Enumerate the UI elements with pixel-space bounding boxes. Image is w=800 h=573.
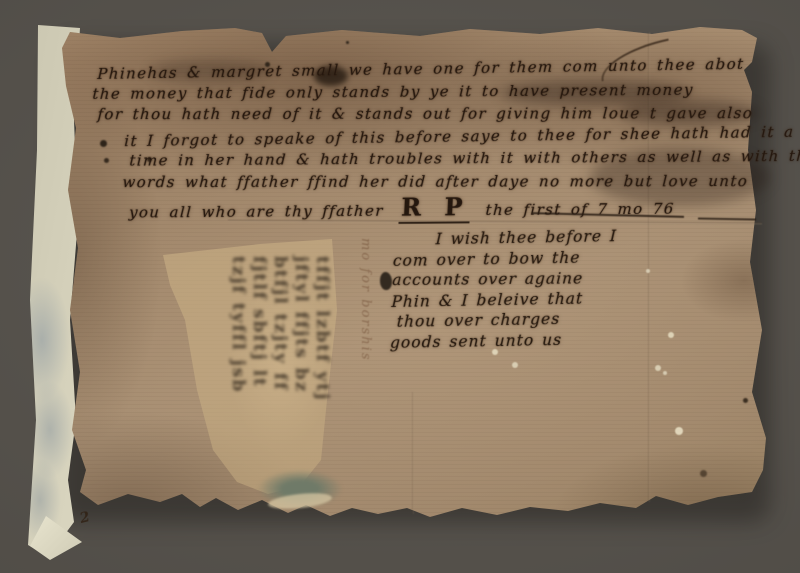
letter-line: words what ffather ffind her did after d… <box>122 169 767 193</box>
bleedthrough-line: tzjf tyffl jsb <box>227 256 248 468</box>
bleedthrough-line: fjtlf sbftj lt <box>248 256 269 468</box>
ink-hole-blot <box>380 272 392 290</box>
signature-initials: R P <box>398 192 471 224</box>
postscript-line: goods sent unto us <box>390 328 631 353</box>
postscript-text: I wish thee before I com over to bow the… <box>390 226 634 353</box>
closing-text: you all who are thy ffather <box>129 202 385 222</box>
photograph-of-manuscript: tffjt lzbtf ytj jftyl ffjts bz btfjl tzj… <box>0 0 800 573</box>
bleedthrough-line: jftyl ffjts bz <box>290 256 311 468</box>
bleedthrough-line: tffjt lzbtf ytj <box>311 256 332 468</box>
main-letter-text: Phinehas & margret small we have one for… <box>85 55 772 224</box>
vertical-docket-text: mo for borshis <box>356 238 374 370</box>
bleedthrough-line: btfjl tzjty ff <box>269 256 290 468</box>
vertical-fold-crease-lower <box>412 392 414 514</box>
postscript-line: I wish thee before I <box>435 226 634 250</box>
letter-closing-line: you all who are thy ffather R P the firs… <box>129 190 766 224</box>
postscript-line: accounts over againe <box>392 268 633 291</box>
bleedthrough-text: tffjt lzbtf ytj jftyl ffjts bz btfjl tzj… <box>222 256 332 468</box>
